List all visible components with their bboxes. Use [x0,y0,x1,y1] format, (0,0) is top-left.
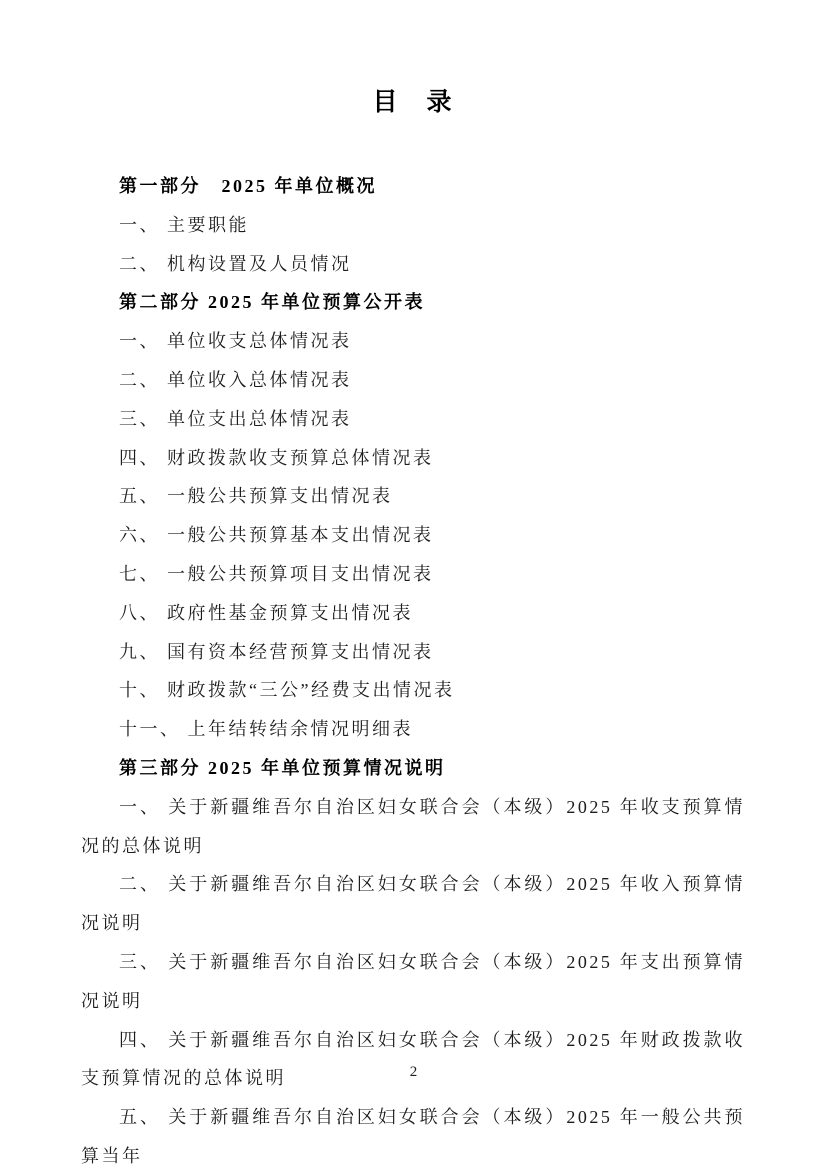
page-number: 2 [0,1064,827,1081]
document-page: 目 录 第一部分 2025 年单位概况 一、 主要职能 二、 机构设置及人员情况… [0,0,827,1170]
toc-part-header: 第二部分 2025 年单位预算公开表 [81,283,745,322]
toc-entry: 五、 关于新疆维吾尔自治区妇女联合会（本级）2025 年一般公共预算当年 [81,1098,745,1170]
toc-entry: 八、 政府性基金预算支出情况表 [81,594,745,633]
toc-entry: 三、 单位支出总体情况表 [81,400,745,439]
toc-entry: 一、 关于新疆维吾尔自治区妇女联合会（本级）2025 年收支预算情况的总体说明 [81,788,745,866]
toc-entry: 二、 机构设置及人员情况 [81,245,745,284]
toc-entry: 一、 单位收支总体情况表 [81,322,745,361]
toc-entry: 四、 财政拨款收支预算总体情况表 [81,439,745,478]
toc-entry: 一、 主要职能 [81,206,745,245]
toc-entry: 九、 国有资本经营预算支出情况表 [81,633,745,672]
toc-part-header: 第三部分 2025 年单位预算情况说明 [81,749,745,788]
toc-entry: 五、 一般公共预算支出情况表 [81,477,745,516]
toc-entry: 十、 财政拨款“三公”经费支出情况表 [81,671,745,710]
toc-entry: 十一、 上年结转结余情况明细表 [81,710,745,749]
toc-entry: 三、 关于新疆维吾尔自治区妇女联合会（本级）2025 年支出预算情况说明 [81,943,745,1021]
toc-entry: 二、 关于新疆维吾尔自治区妇女联合会（本级）2025 年收入预算情况说明 [81,865,745,943]
page-title: 目 录 [81,82,745,118]
toc-entry: 二、 单位收入总体情况表 [81,361,745,400]
toc-list: 第一部分 2025 年单位概况 一、 主要职能 二、 机构设置及人员情况 第二部… [81,167,745,1170]
toc-part-header: 第一部分 2025 年单位概况 [81,167,745,206]
toc-entry: 六、 一般公共预算基本支出情况表 [81,516,745,555]
toc-entry: 七、 一般公共预算项目支出情况表 [81,555,745,594]
toc-entry: 四、 关于新疆维吾尔自治区妇女联合会（本级）2025 年财政拨款收支预算情况的总… [81,1021,745,1099]
